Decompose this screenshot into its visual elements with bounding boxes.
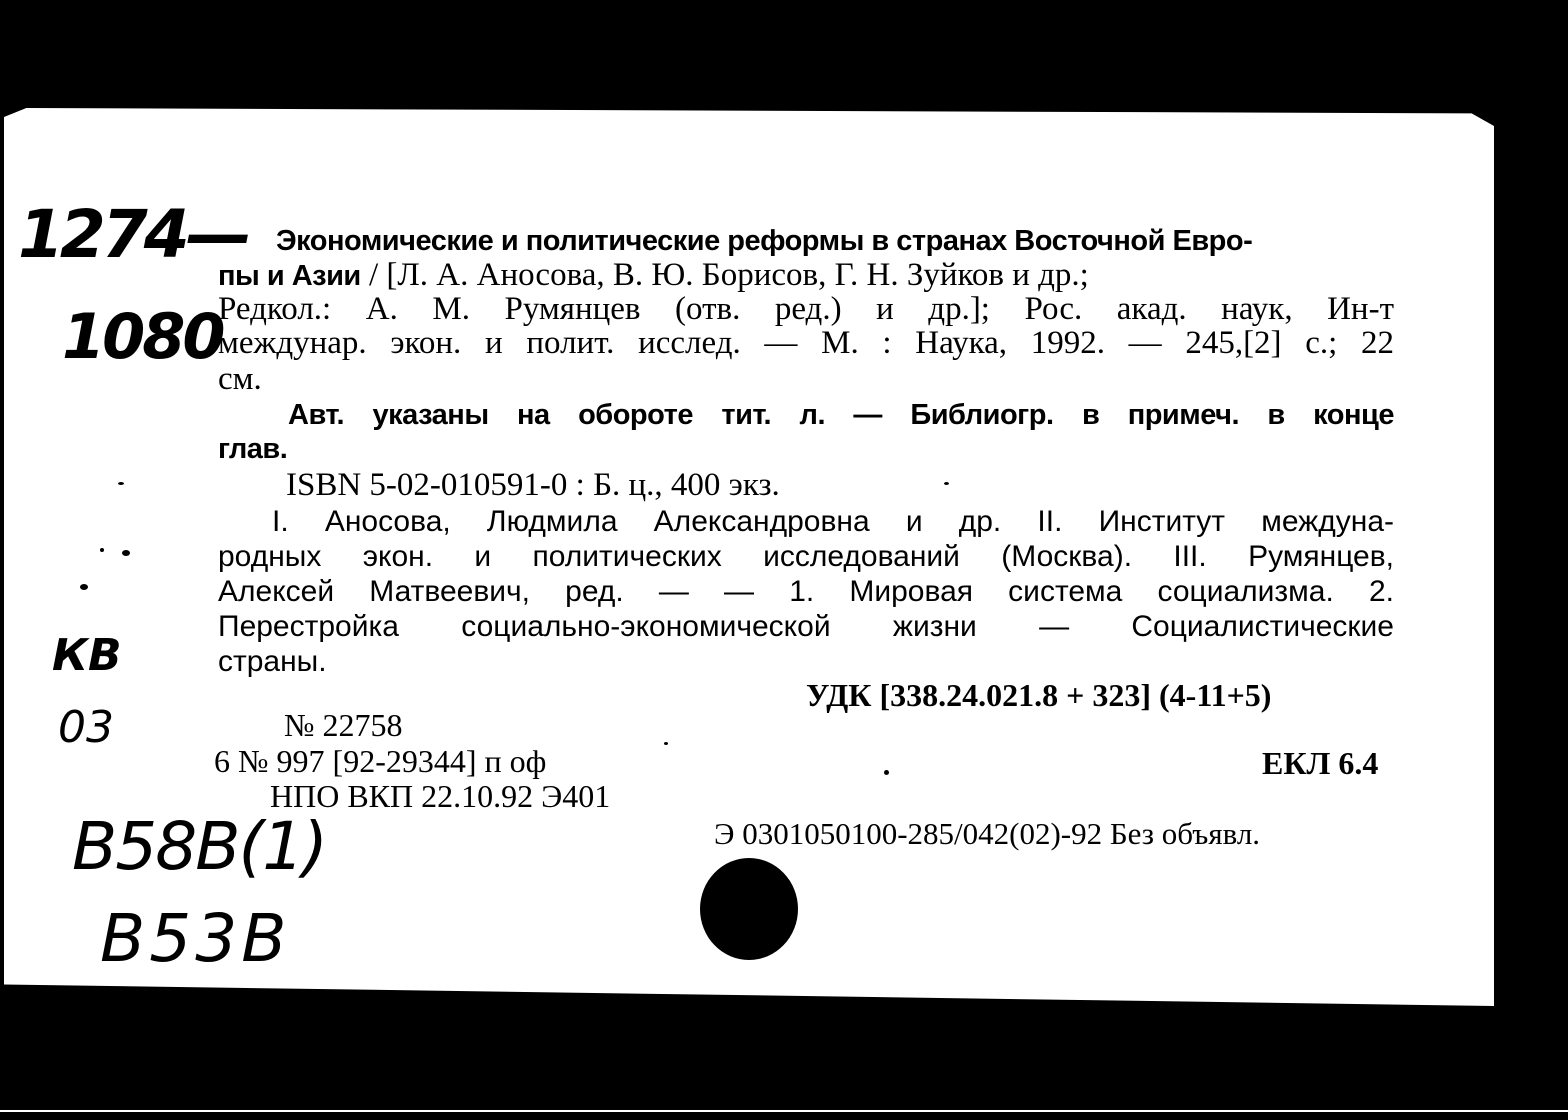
scan-speck [80, 584, 88, 590]
handwritten-shelf-mark-bottom: 1080 [62, 300, 223, 373]
record-number: № 22758 [284, 708, 403, 743]
scan-speck [118, 482, 124, 485]
udc-classification: УДК [338.24.021.8 + 323] (4-11+5) [806, 678, 1271, 713]
title-line-2: пы и Азии / [Л. А. Аносова, В. Ю. Борисо… [218, 258, 1394, 294]
isbn-line: ISBN 5-02-010591-0 : Б. ц., 400 экз. [286, 468, 780, 503]
bottom-code-line: Э 0301050100-285/042(02)-92 Без объявл. [714, 816, 1260, 851]
note-line-1: Авт. указаны на обороте тит. л. — Библио… [288, 398, 1394, 433]
title-line-4: междунар. экон. и полит. исслед. — М. : … [218, 326, 1394, 361]
print-line: 6 № 997 [92-29344] п оф [214, 744, 546, 779]
title-line-2-rest: / [Л. А. Аносова, В. Ю. Борисов, Г. Н. З… [361, 257, 1089, 293]
tracing-line-5: страны. [218, 644, 327, 679]
handwritten-note-kv: КВ [52, 630, 122, 681]
handwritten-shelf-mark-top: 1274— [18, 196, 248, 273]
handwritten-code-1: B58B(1) [72, 808, 326, 885]
title-line-3: Редкол.: А. М. Румянцев (отв. ред.) и др… [218, 292, 1394, 327]
scan-edge [0, 1110, 1568, 1112]
title-line-5: см. [218, 362, 262, 397]
tracing-line-3: Алексей Матвеевич, ред. — — 1. Мировая с… [218, 574, 1394, 609]
handwritten-code-2: B53B [100, 900, 291, 977]
tracing-line-2: родных экон. и политических исследований… [218, 539, 1394, 574]
scan-speck [884, 770, 889, 775]
npo-line: НПО ВКП 22.10.92 Э401 [270, 779, 610, 814]
scan-speck [664, 742, 668, 745]
scan-speck [122, 550, 130, 556]
scan-speck [100, 548, 104, 552]
title-line-2-bold: пы и Азии [218, 260, 361, 292]
ekl-classification: ЕКЛ 6.4 [1262, 746, 1378, 781]
punch-hole [700, 858, 798, 960]
tracing-line-4: Перестройка социально-экономической жизн… [218, 609, 1394, 644]
scan-speck [944, 482, 949, 485]
tracing-line-1: I. Аносова, Людмила Александровна и др. … [272, 504, 1394, 539]
title-line-1: Экономические и политические реформы в с… [276, 224, 1252, 259]
handwritten-note-03: 03 [58, 702, 114, 753]
note-line-2: глав. [218, 432, 287, 467]
